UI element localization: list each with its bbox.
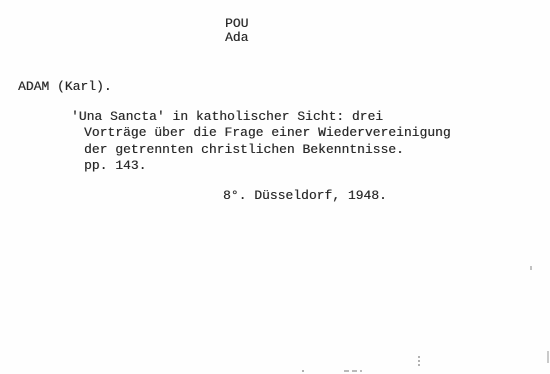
shelfmark-line-1: POU <box>225 17 248 31</box>
catalog-card: POU Ada ADAM (Karl). 'Una Sancta' in kat… <box>0 0 550 374</box>
title-line-3: der getrennten christlichen Bekenntnisse… <box>84 143 404 157</box>
scan-artifact-dotted-mark <box>418 356 420 367</box>
title-line-2: Vorträge über die Frage einer Wiedervere… <box>84 126 451 140</box>
scan-artifact-dashes <box>344 370 362 372</box>
imprint-line: 8°. Düsseldorf, 1948. <box>223 189 387 203</box>
scan-artifact-dot <box>302 370 304 372</box>
author-heading: ADAM (Karl). <box>18 80 112 94</box>
scan-artifact-edge-tick <box>547 351 549 363</box>
shelfmark-line-2: Ada <box>225 31 248 45</box>
pagination-line: pp. 143. <box>84 159 146 173</box>
title-line-1: 'Una Sancta' in katholischer Sicht: drei <box>71 110 383 124</box>
scan-artifact-speck <box>530 266 532 270</box>
